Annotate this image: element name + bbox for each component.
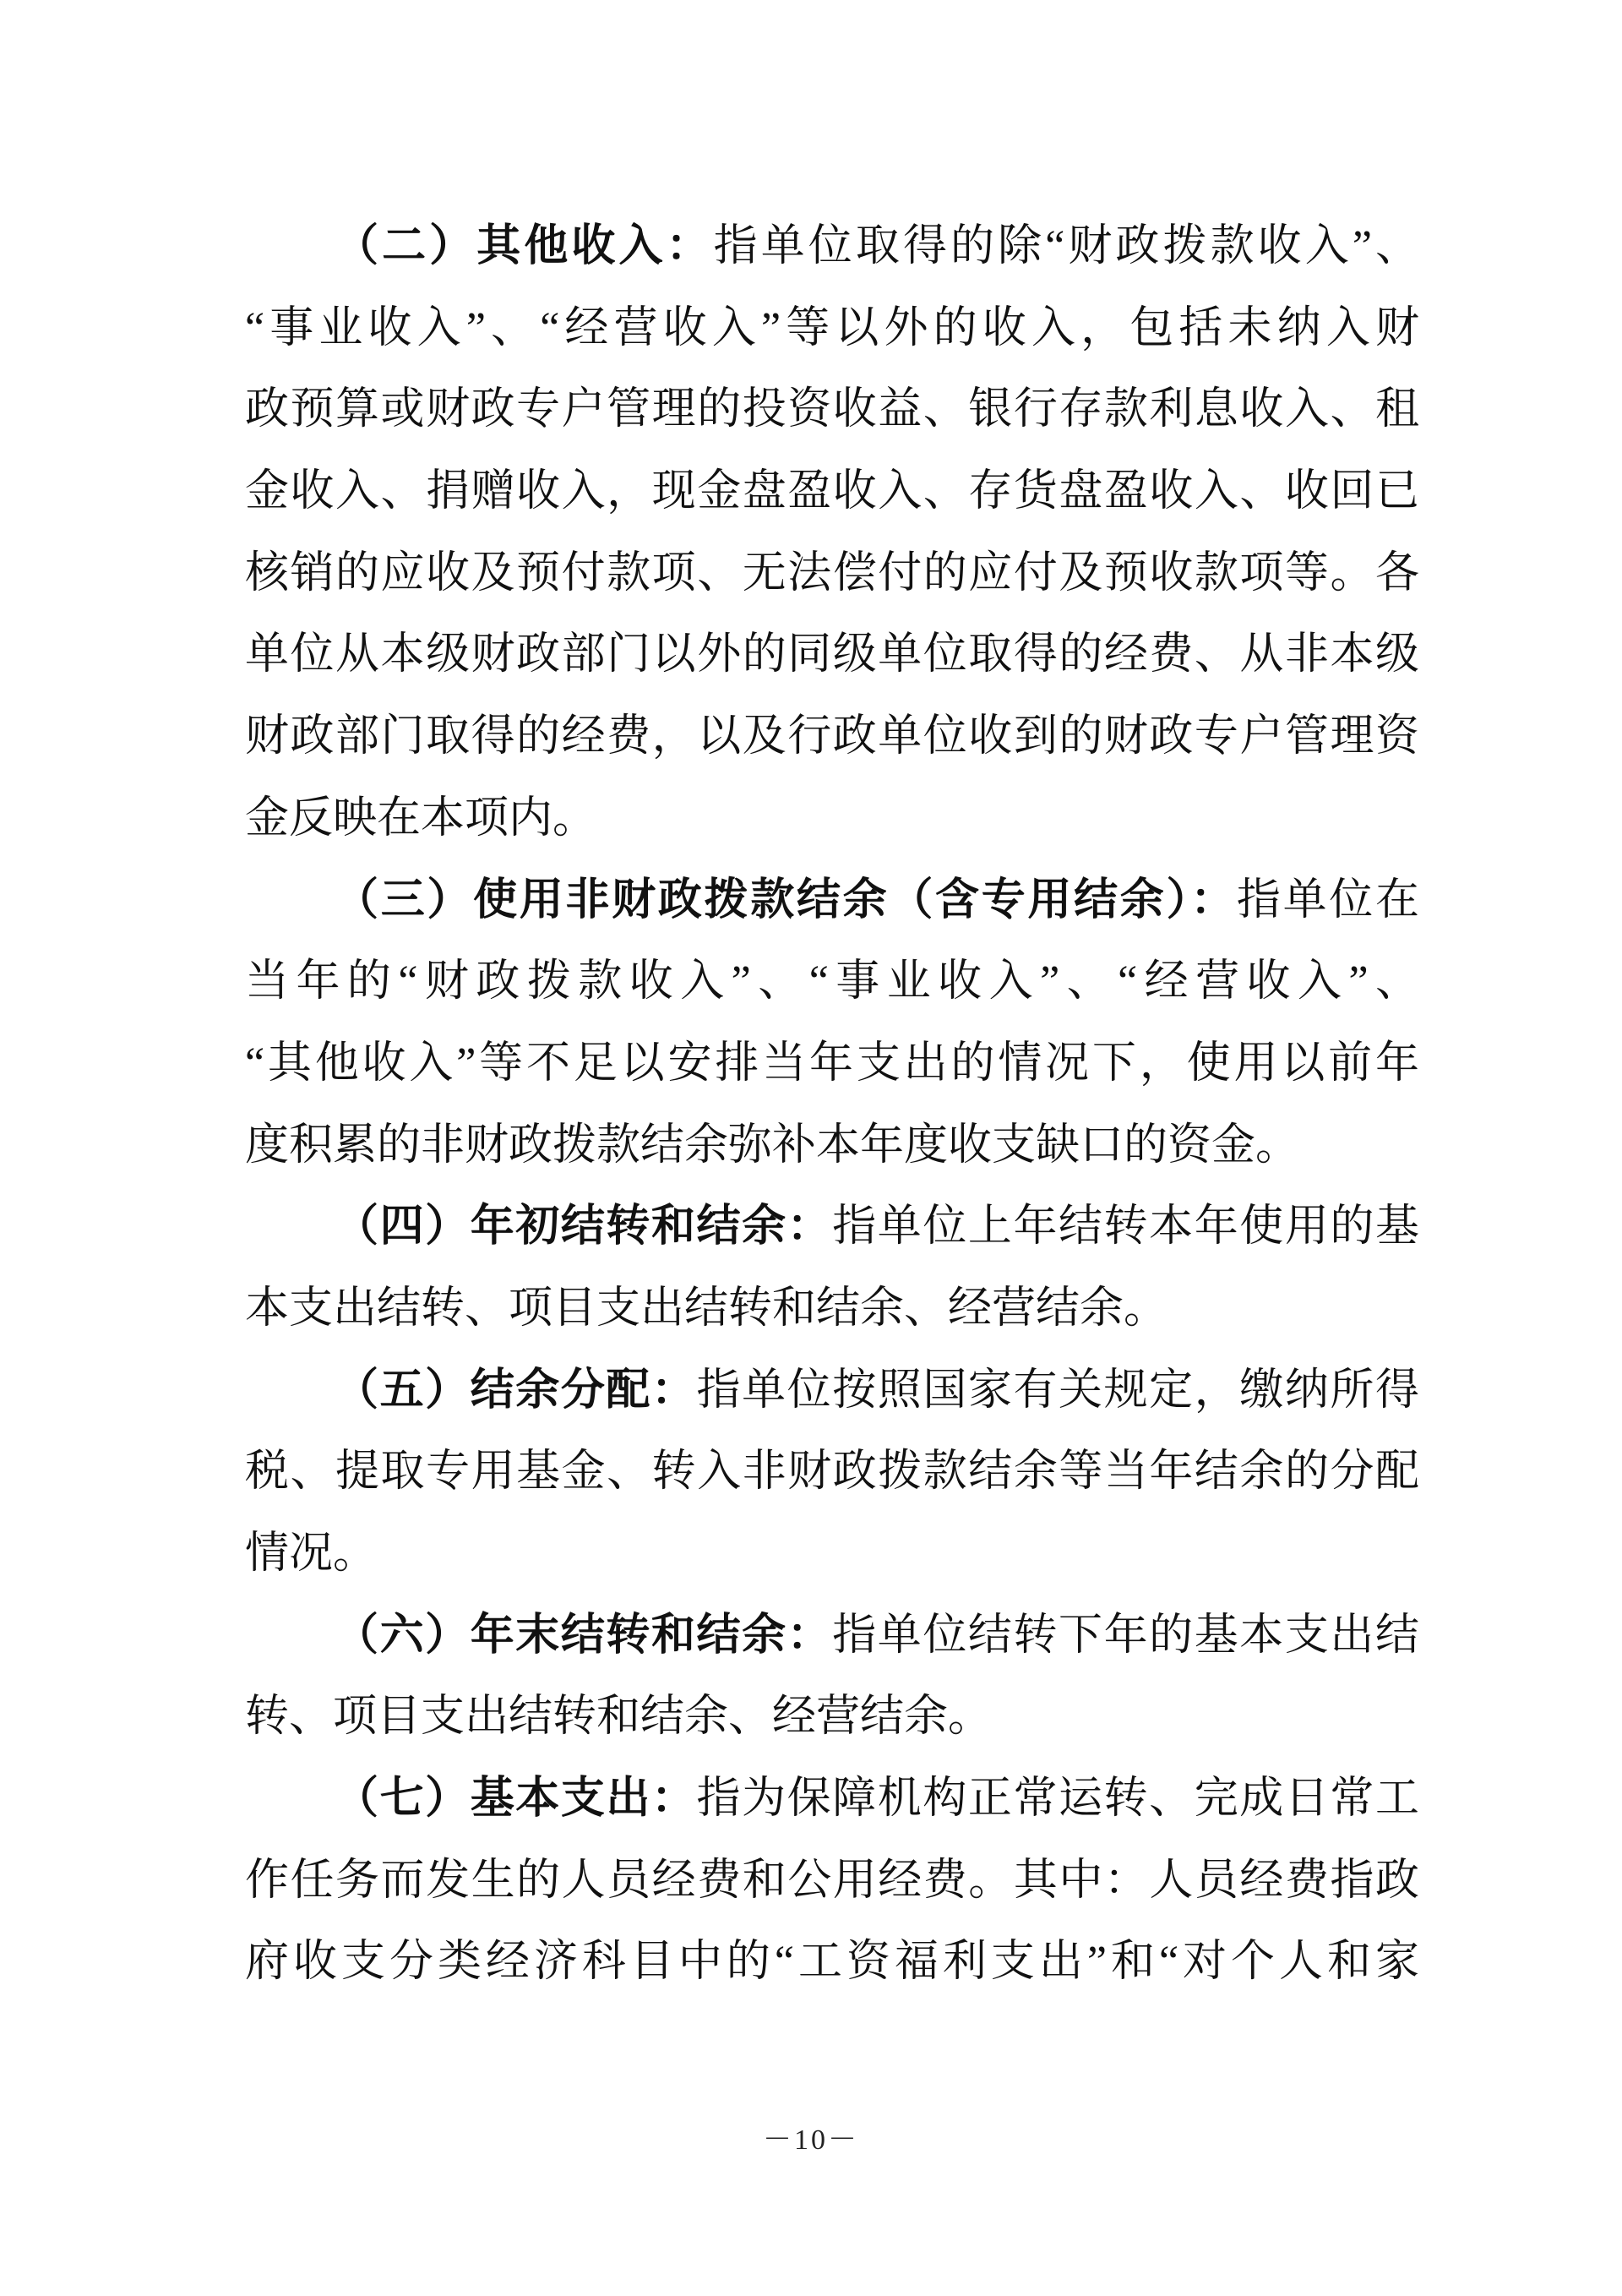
text-line: （四）年初结转和结余：指单位上年结转本年使用的基 [245,1186,1419,1268]
text-line: 税、提取专用基金、转入非财政拨款结余等当年结余的分配 [245,1432,1419,1513]
section-heading: （三）使用非财政拨款结余（含专用结余）： [335,876,1237,924]
text-line: 作任务而发生的人员经费和公用经费。其中：人员经费指政 [245,1841,1419,1922]
text-line: 情况。 [245,1513,1419,1595]
section-heading: （七）基本支出： [335,1775,697,1823]
text-line: （六）年末结转和结余：指单位结转下年的基本支出结 [245,1595,1419,1677]
text-line: 财政部门取得的经费，以及行政单位收到的财政专户管理资 [245,696,1419,778]
section-text: 指单位在 [1237,876,1419,924]
section-text: 指单位结转下年的基本支出结 [832,1612,1419,1660]
section-text: 指单位取得的除“财政拨款收入”、 [714,222,1419,270]
text-line: 府收支分类经济科目中的“工资福利支出”和“对个人和家 [245,1922,1419,2004]
document-body: （二）其他收入：指单位取得的除“财政拨款收入”、 “事业收入”、“经营收入”等以… [245,206,1419,2004]
page-footer: －10－ [0,2116,1622,2157]
text-line: 转、项目支出结转和结余、经营结余。 [245,1677,1419,1759]
section-heading: （六）年末结转和结余： [335,1612,832,1660]
text-line: 本支出结转、项目支出结转和结余、经营结余。 [245,1268,1419,1350]
paragraph-section-3-non-fiscal-carryover: （三）使用非财政拨款结余（含专用结余）：指单位在 当年的“财政拨款收入”、“事业… [245,860,1419,1187]
text-line: 度积累的非财政拨款结余弥补本年度收支缺口的资金。 [245,1105,1419,1187]
section-text: 指单位上年结转本年使用的基 [832,1203,1419,1251]
paragraph-section-5-balance-distribution: （五）结余分配：指单位按照国家有关规定，缴纳所得 税、提取专用基金、转入非财政拨… [245,1350,1419,1595]
section-text: 指为保障机构正常运转、完成日常工 [697,1775,1419,1823]
page-number: －10－ [763,2124,859,2156]
text-line: 单位从本级财政部门以外的同级单位取得的经费、从非本级 [245,614,1419,696]
paragraph-section-4-beginning-balance: （四）年初结转和结余：指单位上年结转本年使用的基 本支出结转、项目支出结转和结余… [245,1186,1419,1350]
text-line: （三）使用非财政拨款结余（含专用结余）：指单位在 [245,860,1419,942]
paragraph-section-6-yearend-balance: （六）年末结转和结余：指单位结转下年的基本支出结 转、项目支出结转和结余、经营结… [245,1595,1419,1759]
text-line: （七）基本支出：指为保障机构正常运转、完成日常工 [245,1759,1419,1841]
text-line: “事业收入”、“经营收入”等以外的收入，包括未纳入财 [245,288,1419,370]
text-line: 金收入、捐赠收入，现金盘盈收入、存货盘盈收入、收回已 [245,451,1419,533]
paragraph-section-7-basic-expenditure: （七）基本支出：指为保障机构正常运转、完成日常工 作任务而发生的人员经费和公用经… [245,1759,1419,2004]
text-line: 金反映在本项内。 [245,778,1419,860]
text-line: “其他收入”等不足以安排当年支出的情况下，使用以前年 [245,1023,1419,1105]
section-text: 指单位按照国家有关规定，缴纳所得 [697,1366,1419,1415]
document-page: （二）其他收入：指单位取得的除“财政拨款收入”、 “事业收入”、“经营收入”等以… [0,0,1622,2296]
text-line: 当年的“财政拨款收入”、“事业收入”、“经营收入”、 [245,941,1419,1023]
section-heading: （五）结余分配： [335,1366,697,1415]
section-heading: （二）其他收入： [335,222,714,270]
text-line: 核销的应收及预付款项、无法偿付的应付及预收款项等。各 [245,533,1419,615]
section-heading: （四）年初结转和结余： [335,1203,832,1251]
text-line: （五）结余分配：指单位按照国家有关规定，缴纳所得 [245,1350,1419,1432]
text-line: （二）其他收入：指单位取得的除“财政拨款收入”、 [245,206,1419,288]
paragraph-section-2-other-income: （二）其他收入：指单位取得的除“财政拨款收入”、 “事业收入”、“经营收入”等以… [245,206,1419,860]
text-line: 政预算或财政专户管理的投资收益、银行存款利息收入、租 [245,369,1419,451]
